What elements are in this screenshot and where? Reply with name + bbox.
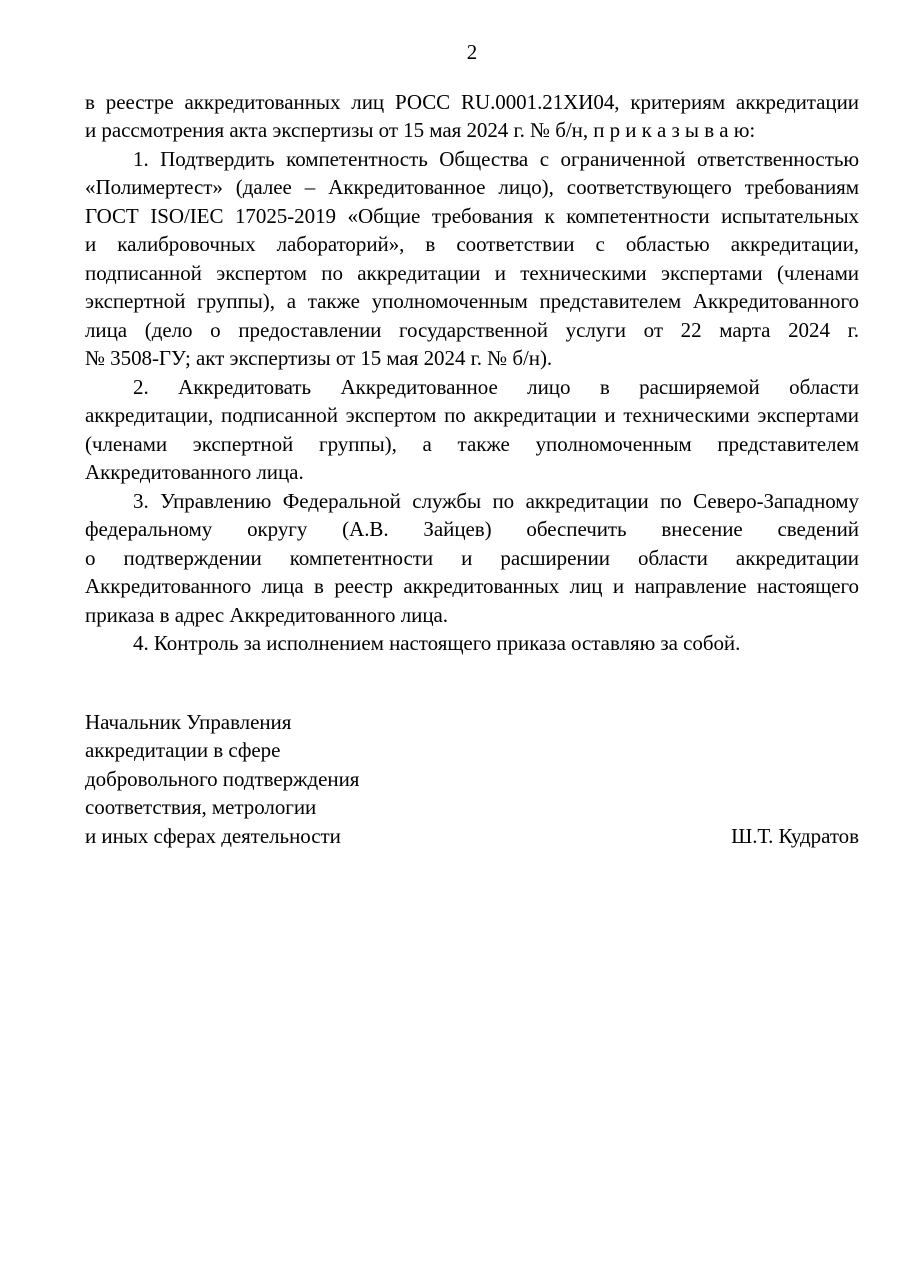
text-line: 2. Аккредитовать Аккредитованное лицо в … bbox=[85, 373, 859, 402]
text-line: ГОСТ ISO/IEC 17025-2019 «Общие требовани… bbox=[85, 202, 859, 231]
signature-name: Ш.Т. Кудратов bbox=[731, 822, 859, 851]
text-line: «Полимертест» (далее – Аккредитованное л… bbox=[85, 173, 859, 202]
intro-continuation: в реестре аккредитованных лиц РОСС RU.00… bbox=[85, 88, 859, 145]
document-page: 2 в реестре аккредитованных лиц РОСС RU.… bbox=[0, 0, 907, 1271]
signature-title-line: Начальник Управления bbox=[85, 708, 859, 737]
text-line: Аккредитованного лица. bbox=[85, 458, 859, 487]
text-line: аккредитации, подписанной экспертом по а… bbox=[85, 401, 859, 430]
order-item-2: 2. Аккредитовать Аккредитованное лицо в … bbox=[85, 373, 859, 487]
text-line: о подтверждении компетентности и расшире… bbox=[85, 544, 859, 573]
order-item-1: 1. Подтвердить компетентность Общества с… bbox=[85, 145, 859, 373]
document-body: в реестре аккредитованных лиц РОСС RU.00… bbox=[85, 88, 859, 658]
signature-last-row: и иных сферах деятельности Ш.Т. Кудратов bbox=[85, 822, 859, 851]
text-line: Аккредитованного лица в реестр аккредито… bbox=[85, 572, 859, 601]
text-line: № 3508-ГУ; акт экспертизы от 15 мая 2024… bbox=[85, 344, 859, 373]
text-line: 1. Подтвердить компетентность Общества с… bbox=[85, 145, 859, 174]
text-line: и калибровочных лабораторий», в соответс… bbox=[85, 230, 859, 259]
text-line: лица (дело о предоставлении государствен… bbox=[85, 316, 859, 345]
signature-title-line: аккредитации в сфере bbox=[85, 736, 859, 765]
text-line: и рассмотрения акта экспертизы от 15 мая… bbox=[85, 116, 859, 145]
text-line: 4. Контроль за исполнением настоящего пр… bbox=[85, 629, 859, 658]
page-number: 2 bbox=[85, 38, 859, 67]
text-line: экспертной группы), а также уполномоченн… bbox=[85, 287, 859, 316]
text-line: подписанной экспертом по аккредитации и … bbox=[85, 259, 859, 288]
order-item-4: 4. Контроль за исполнением настоящего пр… bbox=[85, 629, 859, 658]
signature-title-lines: Начальник Управленияаккредитации в сфере… bbox=[85, 708, 859, 822]
text-line: приказа в адрес Аккредитованного лица. bbox=[85, 601, 859, 630]
signature-block: Начальник Управленияаккредитации в сфере… bbox=[85, 708, 859, 851]
signature-title-line: добровольного подтверждения bbox=[85, 765, 859, 794]
order-item-3: 3. Управлению Федеральной службы по аккр… bbox=[85, 487, 859, 630]
signature-title-line: соответствия, метрологии bbox=[85, 793, 859, 822]
text-line: федеральному округу (А.В. Зайцев) обеспе… bbox=[85, 515, 859, 544]
text-line: (членами экспертной группы), а также упо… bbox=[85, 430, 859, 459]
signature-title-line: и иных сферах деятельности bbox=[85, 822, 341, 851]
text-line: 3. Управлению Федеральной службы по аккр… bbox=[85, 487, 859, 516]
text-line: в реестре аккредитованных лиц РОСС RU.00… bbox=[85, 88, 859, 117]
